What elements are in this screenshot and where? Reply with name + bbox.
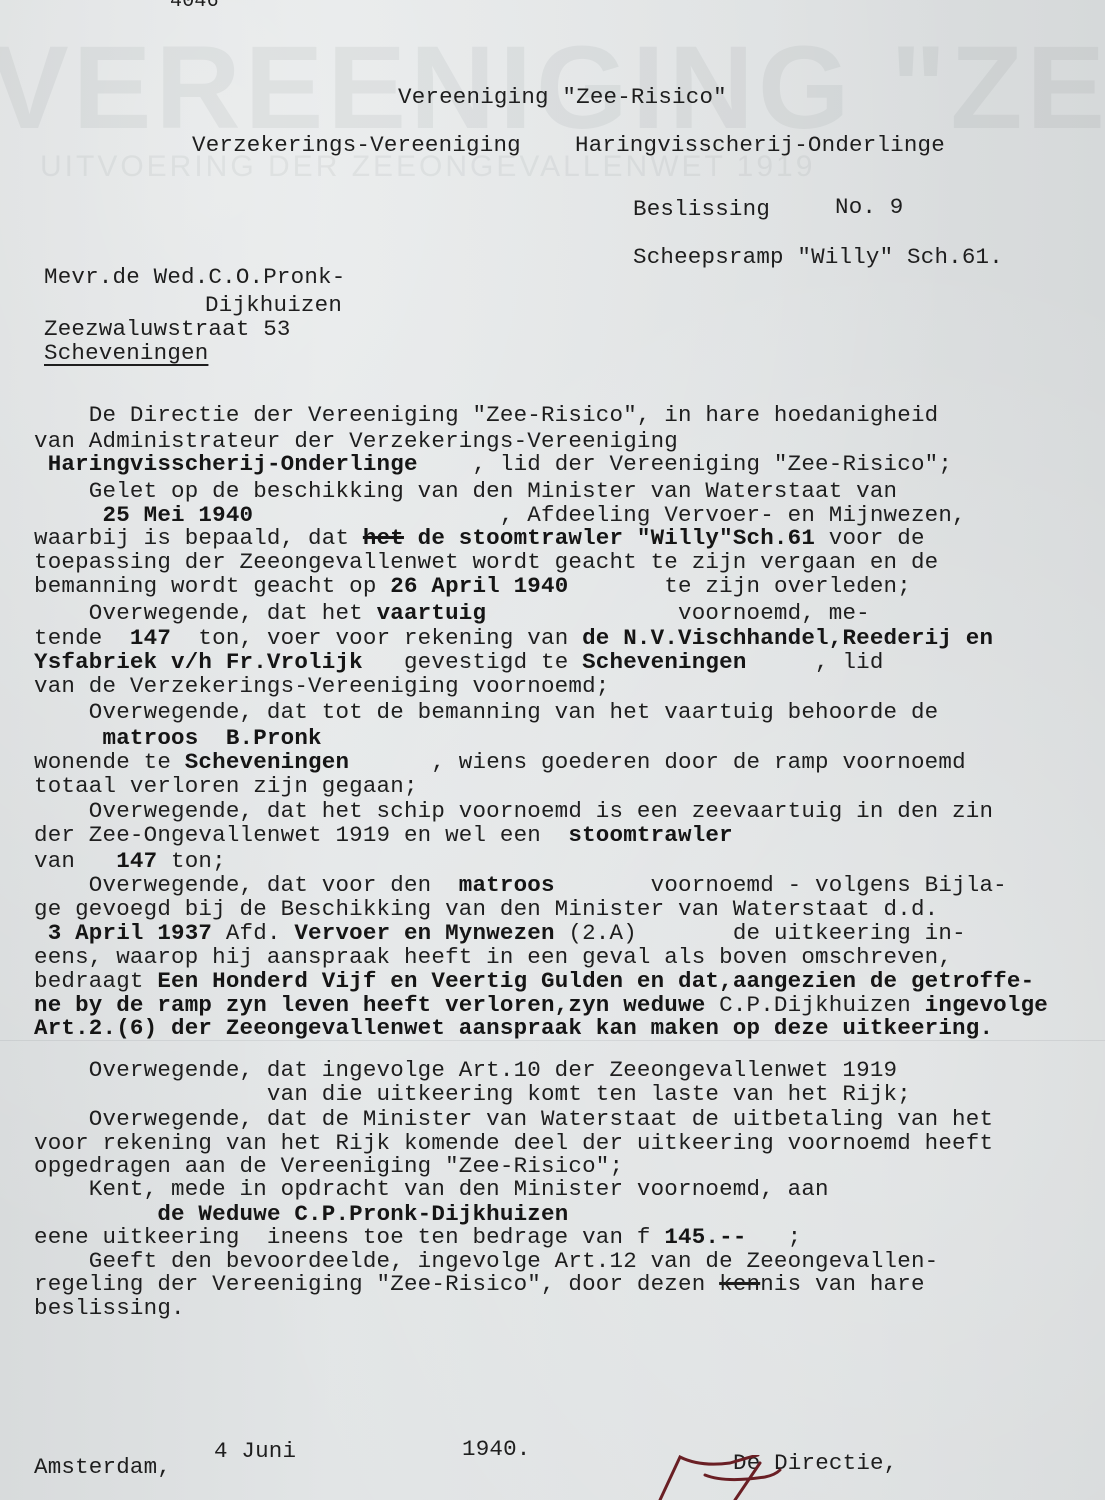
form-text: Overwegende, dat de Minister van Waterst… [34, 1106, 993, 1132]
form-text [404, 525, 418, 551]
body-line: Gelet op de beschikking van den Minister… [34, 480, 897, 503]
filled-in-text: 3 April 1937 [48, 920, 212, 946]
addressee-city: Scheveningen [44, 342, 208, 365]
body-line: opgedragen aan de Vereeniging "Zee-Risic… [34, 1155, 623, 1178]
handwritten-signature [640, 1455, 840, 1500]
header-title: Vereeniging "Zee-Risico" [398, 86, 727, 109]
body-line: van 147 ton; [34, 850, 226, 873]
form-text [34, 920, 48, 946]
body-line: regeling der Vereeniging "Zee-Risico", d… [34, 1273, 925, 1296]
form-text: van de Verzekerings-Vereeniging voornoem… [34, 673, 610, 699]
addressee-name: Mevr.de Wed.C.O.Pronk- [44, 266, 345, 289]
body-line: Geeft den bevoordeelde, ingevolge Art.12… [34, 1250, 938, 1273]
filled-in-text: Ysfabriek v/h Fr.Vrolijk [34, 649, 363, 675]
body-line: ne by de ramp zyn leven heeft verloren,z… [34, 994, 1048, 1017]
closing-date: 4 Juni [214, 1440, 296, 1463]
filled-in-text: Scheveningen [185, 749, 349, 775]
filled-in-text: Vervoer en Mynwezen [294, 920, 554, 946]
filled-in-text: het [363, 525, 404, 551]
closing-place: Amsterdam, [34, 1456, 171, 1479]
body-line: Overwegende, dat ingevolge Art.10 der Ze… [34, 1059, 897, 1082]
form-text: voornoemd, me- [486, 600, 870, 626]
form-text: (2.A) de uitkeering in- [555, 920, 966, 946]
form-text: Kent, mede in opdracht van den Minister … [34, 1176, 829, 1202]
form-text: , wiens goederen door de ramp voornoemd [349, 749, 966, 775]
decision-label: Beslissing [633, 198, 770, 221]
body-line: eens, waarop hij aanspraak heeft in een … [34, 946, 952, 969]
body-line: van de Verzekerings-Vereeniging voornoem… [34, 675, 610, 698]
reference-number: 4046 [170, 0, 219, 12]
addressee-street: Zeezwaluwstraat 53 [44, 318, 291, 341]
form-text: Overwegende, dat ingevolge Art.10 der Ze… [34, 1057, 897, 1083]
form-text [34, 451, 48, 477]
filled-in-text: 147 [130, 625, 171, 651]
body-line: bemanning wordt geacht op 26 April 1940 … [34, 575, 911, 598]
body-line: 3 April 1937 Afd. Vervoer en Mynwezen (2… [34, 922, 966, 945]
body-line: De Directie der Vereeniging "Zee-Risico"… [34, 404, 938, 427]
form-text: regeling der Vereeniging "Zee-Risico", d… [34, 1271, 719, 1297]
body-line: Overwegende, dat de Minister van Waterst… [34, 1108, 993, 1131]
filled-in-text: matroos [459, 872, 555, 898]
filled-in-text: Een Honderd Vijf en Veertig Gulden en da… [157, 968, 1034, 994]
form-text: ton; [157, 848, 226, 874]
form-text: Overwegende, dat tot de bemanning van he… [34, 699, 938, 725]
body-line: van Administrateur der Verzekerings-Vere… [34, 430, 678, 453]
form-text: voor de [815, 525, 925, 551]
filled-in-text: vaartuig [377, 600, 487, 626]
body-line: voor rekening van het Rijk komende deel … [34, 1132, 993, 1155]
body-line: tende 147 ton, voer voor rekening van de… [34, 627, 993, 650]
form-text: ge gevoegd bij de Beschikking van den Mi… [34, 896, 938, 922]
body-line: bedraagt Een Honderd Vijf en Veertig Gul… [34, 970, 1034, 993]
filled-in-text: 147 [116, 848, 157, 874]
form-text: bedraagt [34, 968, 157, 994]
body-line: toepassing der Zeeongevallenwet wordt ge… [34, 551, 938, 574]
disaster-reference: Scheepsramp "Willy" Sch.61. [633, 246, 1003, 269]
closing-year: 1940. [462, 1438, 531, 1461]
form-text: van [34, 848, 116, 874]
body-line: eene uitkeering ineens toe ten bedrage v… [34, 1226, 801, 1249]
form-text: eene uitkeering ineens toe ten bedrage v… [34, 1224, 664, 1250]
letterhead-watermark: VEREENIGING "ZEE-RISICO" UITVOERING DER … [0, 0, 1105, 240]
body-line: Overwegende, dat tot de bemanning van he… [34, 701, 938, 724]
body-line: totaal verloren zijn gegaan; [34, 775, 418, 798]
form-text: wonende te [34, 749, 185, 775]
form-text: van die uitkeering komt ten laste van he… [34, 1081, 911, 1107]
body-line: der Zee-Ongevallenwet 1919 en wel een st… [34, 824, 733, 847]
filled-in-text: stoomtrawler [568, 822, 732, 848]
form-text: voornoemd - volgens Bijla- [555, 872, 1007, 898]
form-text: Overwegende, dat het schip voornoemd is … [34, 798, 993, 824]
filled-in-text: de stoomtrawler "Willy"Sch.61 [418, 525, 815, 551]
header-subtitle-right: Haringvisscherij-Onderlinge [575, 134, 945, 157]
body-line: ge gevoegd bij de Beschikking van den Mi… [34, 898, 938, 921]
body-line: Ysfabriek v/h Fr.Vrolijk gevestigd te Sc… [34, 651, 884, 674]
body-line: Overwegende, dat het vaartuig voornoemd,… [34, 602, 870, 625]
form-text: gevestigd te [363, 649, 582, 675]
form-text: , lid [747, 649, 884, 675]
body-line: matroos B.Pronk [34, 727, 322, 750]
form-text: tende [34, 625, 130, 651]
filled-in-text: matroos B.Pronk [103, 725, 322, 751]
body-line: wonende te Scheveningen , wiens goederen… [34, 751, 966, 774]
body-line: waarbij is bepaald, dat het de stoomtraw… [34, 527, 925, 550]
form-text: , lid der Vereeniging "Zee-Risico"; [418, 451, 952, 477]
form-text: ken [719, 1271, 760, 1297]
form-text: Overwegende, dat voor den [34, 872, 459, 898]
filled-in-text: 145.-- [664, 1224, 746, 1250]
form-text: waarbij is bepaald, dat [34, 525, 363, 551]
filled-in-text: Scheveningen [582, 649, 746, 675]
body-line: Kent, mede in opdracht van den Minister … [34, 1178, 829, 1201]
form-text: totaal verloren zijn gegaan; [34, 773, 418, 799]
addressee-name-continued: Dijkhuizen [205, 294, 342, 317]
body-line: Art.2.(6) der Zeeongevallenwet aanspraak… [34, 1017, 993, 1040]
body-line: Haringvisscherij-Onderlinge , lid der Ve… [34, 453, 952, 476]
header-subtitle-left: Verzekerings-Vereeniging [192, 134, 521, 157]
form-text: der Zee-Ongevallenwet 1919 en wel een [34, 822, 568, 848]
form-text: Afd. [212, 920, 294, 946]
form-text: beslissing. [34, 1295, 185, 1321]
form-text: toepassing der Zeeongevallenwet wordt ge… [34, 549, 938, 575]
filled-in-text: 26 April 1940 [390, 573, 568, 599]
form-text: eens, waarop hij aanspraak heeft in een … [34, 944, 952, 970]
form-text: bemanning wordt geacht op [34, 573, 390, 599]
body-line: Overwegende, dat voor den matroos voorno… [34, 874, 1007, 897]
filled-in-text: de N.V.Vischhandel,Reederij en [582, 625, 993, 651]
form-text: te zijn overleden; [568, 573, 911, 599]
form-text: nis van hare [760, 1271, 924, 1297]
body-line: 25 Mei 1940 , Afdeeling Vervoer- en Mijn… [34, 504, 966, 527]
body-line: beslissing. [34, 1297, 185, 1320]
form-text [34, 725, 103, 751]
body-line: de Weduwe C.P.Pronk-Dijkhuizen [34, 1203, 568, 1226]
form-text: Overwegende, dat het [34, 600, 377, 626]
form-text: ; [747, 1224, 802, 1250]
filled-in-text: Haringvisscherij-Onderlinge [48, 451, 418, 477]
form-text: ton, voer voor rekening van [171, 625, 582, 651]
decision-number: No. 9 [835, 196, 904, 219]
form-text: Gelet op de beschikking van den Minister… [34, 478, 897, 504]
filled-in-text: Art.2.(6) der Zeeongevallenwet aanspraak… [34, 1015, 993, 1041]
body-line: Overwegende, dat het schip voornoemd is … [34, 800, 993, 823]
form-text: De Directie der Vereeniging "Zee-Risico"… [34, 402, 938, 428]
body-line: van die uitkeering komt ten laste van he… [34, 1083, 911, 1106]
